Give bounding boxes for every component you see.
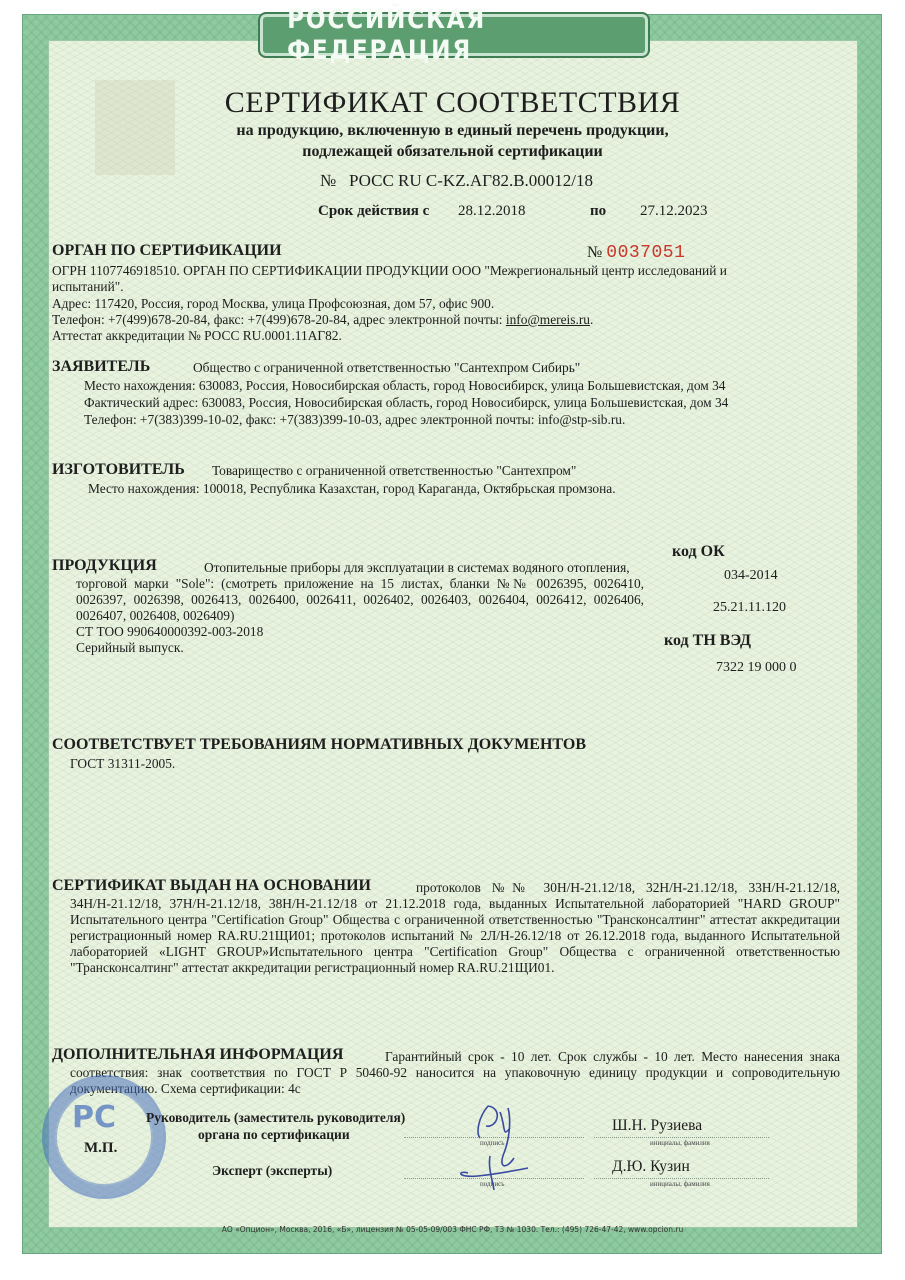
tnved-code: 7322 19 000 0 (716, 660, 797, 676)
certificate-number-value: РОСС RU C-KZ.АГ82.B.00012/18 (349, 171, 593, 190)
manufacturer-location: Место нахождения: 100018, Республика Каз… (88, 481, 616, 497)
expert-label: Эксперт (эксперты) (212, 1163, 332, 1179)
blank-number-sign: № (587, 244, 602, 261)
valid-to: 27.12.2023 (640, 203, 708, 220)
additional-info-first-line: Гарантийный срок - 10 лет. Срок службы -… (385, 1049, 840, 1065)
country-banner: РОССИЙСКАЯ ФЕДЕРАЦИЯ (258, 12, 650, 58)
ok-code-1: 034-2014 (724, 568, 778, 584)
basis-heading: СЕРТИФИКАТ ВЫДАН НА ОСНОВАНИИ (52, 877, 371, 895)
certification-body-heading: ОРГАН ПО СЕРТИФИКАЦИИ (52, 242, 282, 260)
subtitle-line-1: на продукцию, включенную в единый перече… (0, 122, 905, 140)
basis-text: 34Н/Н-21.12/18, 37Н/Н-21.12/18, 38Н/Н-21… (70, 896, 840, 976)
email-link[interactable]: info@mereis.ru (506, 312, 590, 327)
contacts-text: Телефон: +7(499)678-20-84, факс: +7(499)… (52, 312, 506, 327)
certification-body-address: Адрес: 117420, Россия, город Москва, ули… (52, 296, 494, 312)
certification-body-accreditation: Аттестат аккредитации № РОСС RU.0001.11А… (52, 328, 342, 344)
head-name-caption: инициалы, фамилия (650, 1139, 710, 1147)
certification-body-contacts: Телефон: +7(499)678-20-84, факс: +7(499)… (52, 312, 593, 328)
product-description: торговой марки "Sole": (смотреть приложе… (76, 576, 644, 624)
head-name: Ш.Н. Рузиева (612, 1117, 702, 1135)
product-description-first: Отопительные приборы для эксплуатации в … (204, 560, 644, 576)
head-name-line (594, 1137, 769, 1138)
blank-number: № 0037051 (587, 243, 685, 263)
ok-code-2: 25.21.11.120 (713, 600, 786, 616)
expert-name-caption: инициалы, фамилия (650, 1180, 710, 1188)
contacts-suffix: . (590, 312, 593, 327)
conformity-heading: СООТВЕТСТВУЕТ ТРЕБОВАНИЯМ НОРМАТИВНЫХ ДО… (52, 736, 586, 754)
to-label: по (590, 203, 606, 220)
certification-body-line-2: испытаний". (52, 279, 124, 295)
document-title: СЕРТИФИКАТ СООТВЕТСТВИЯ (0, 86, 905, 120)
country-banner-text: РОССИЙСКАЯ ФЕДЕРАЦИЯ (287, 4, 621, 66)
head-label-1: Руководитель (заместитель руководителя) (146, 1110, 405, 1126)
stamp-place-label: М.П. (84, 1140, 117, 1157)
number-sign: № (320, 171, 336, 190)
head-label-2: органа по сертификации (198, 1127, 350, 1143)
blank-number-value: 0037051 (606, 243, 685, 263)
expert-name-line (594, 1178, 769, 1179)
tnved-label: код ТН ВЭД (664, 632, 751, 650)
ok-code-label: код ОК (672, 543, 725, 561)
seal-stamp (42, 1075, 166, 1199)
subtitle-line-2: подлежащей обязательной сертификации (0, 143, 905, 161)
certification-body-line-1: ОГРН 1107746918510. ОРГАН ПО СЕРТИФИКАЦИ… (52, 263, 727, 279)
product-release: Серийный выпуск. (76, 640, 184, 656)
applicant-actual-address: Фактический адрес: 630083, Россия, Новос… (84, 395, 728, 411)
handwritten-signature (448, 1098, 538, 1198)
rs-logo-icon: РС (72, 1100, 116, 1134)
applicant-contacts: Телефон: +7(383)399-10-02, факс: +7(383)… (84, 412, 625, 428)
applicant-location: Место нахождения: 630083, Россия, Новоси… (84, 378, 726, 394)
manufacturer-name: Товарищество с ограниченной ответственно… (212, 463, 576, 479)
applicant-heading: ЗАЯВИТЕЛЬ (52, 358, 150, 376)
additional-info-heading: ДОПОЛНИТЕЛЬНАЯ ИНФОРМАЦИЯ (52, 1046, 343, 1064)
basis-first-line: протоколов №№ 30Н/Н-21.12/18, 32Н/Н-21.1… (416, 880, 840, 896)
manufacturer-heading: ИЗГОТОВИТЕЛЬ (52, 461, 185, 479)
additional-info-text: соответствия: знак соответствия по ГОСТ … (70, 1065, 840, 1097)
valid-from: 28.12.2018 (458, 203, 526, 220)
validity-label: Срок действия с (318, 203, 429, 219)
validity-period: Срок действия с (318, 203, 429, 220)
applicant-name: Общество с ограниченной ответственностью… (193, 360, 580, 376)
product-heading: ПРОДУКЦИЯ (52, 557, 157, 575)
product-standard: СТ ТОО 990640000392-003-2018 (76, 624, 263, 640)
conformity-documents: ГОСТ 31311-2005. (70, 756, 175, 772)
printer-footer: АО «Опцион», Москва, 2016, «Б», лицензия… (0, 1225, 905, 1234)
expert-name: Д.Ю. Кузин (612, 1158, 690, 1176)
certificate-number: № РОСС RU C-KZ.АГ82.B.00012/18 (320, 171, 593, 191)
